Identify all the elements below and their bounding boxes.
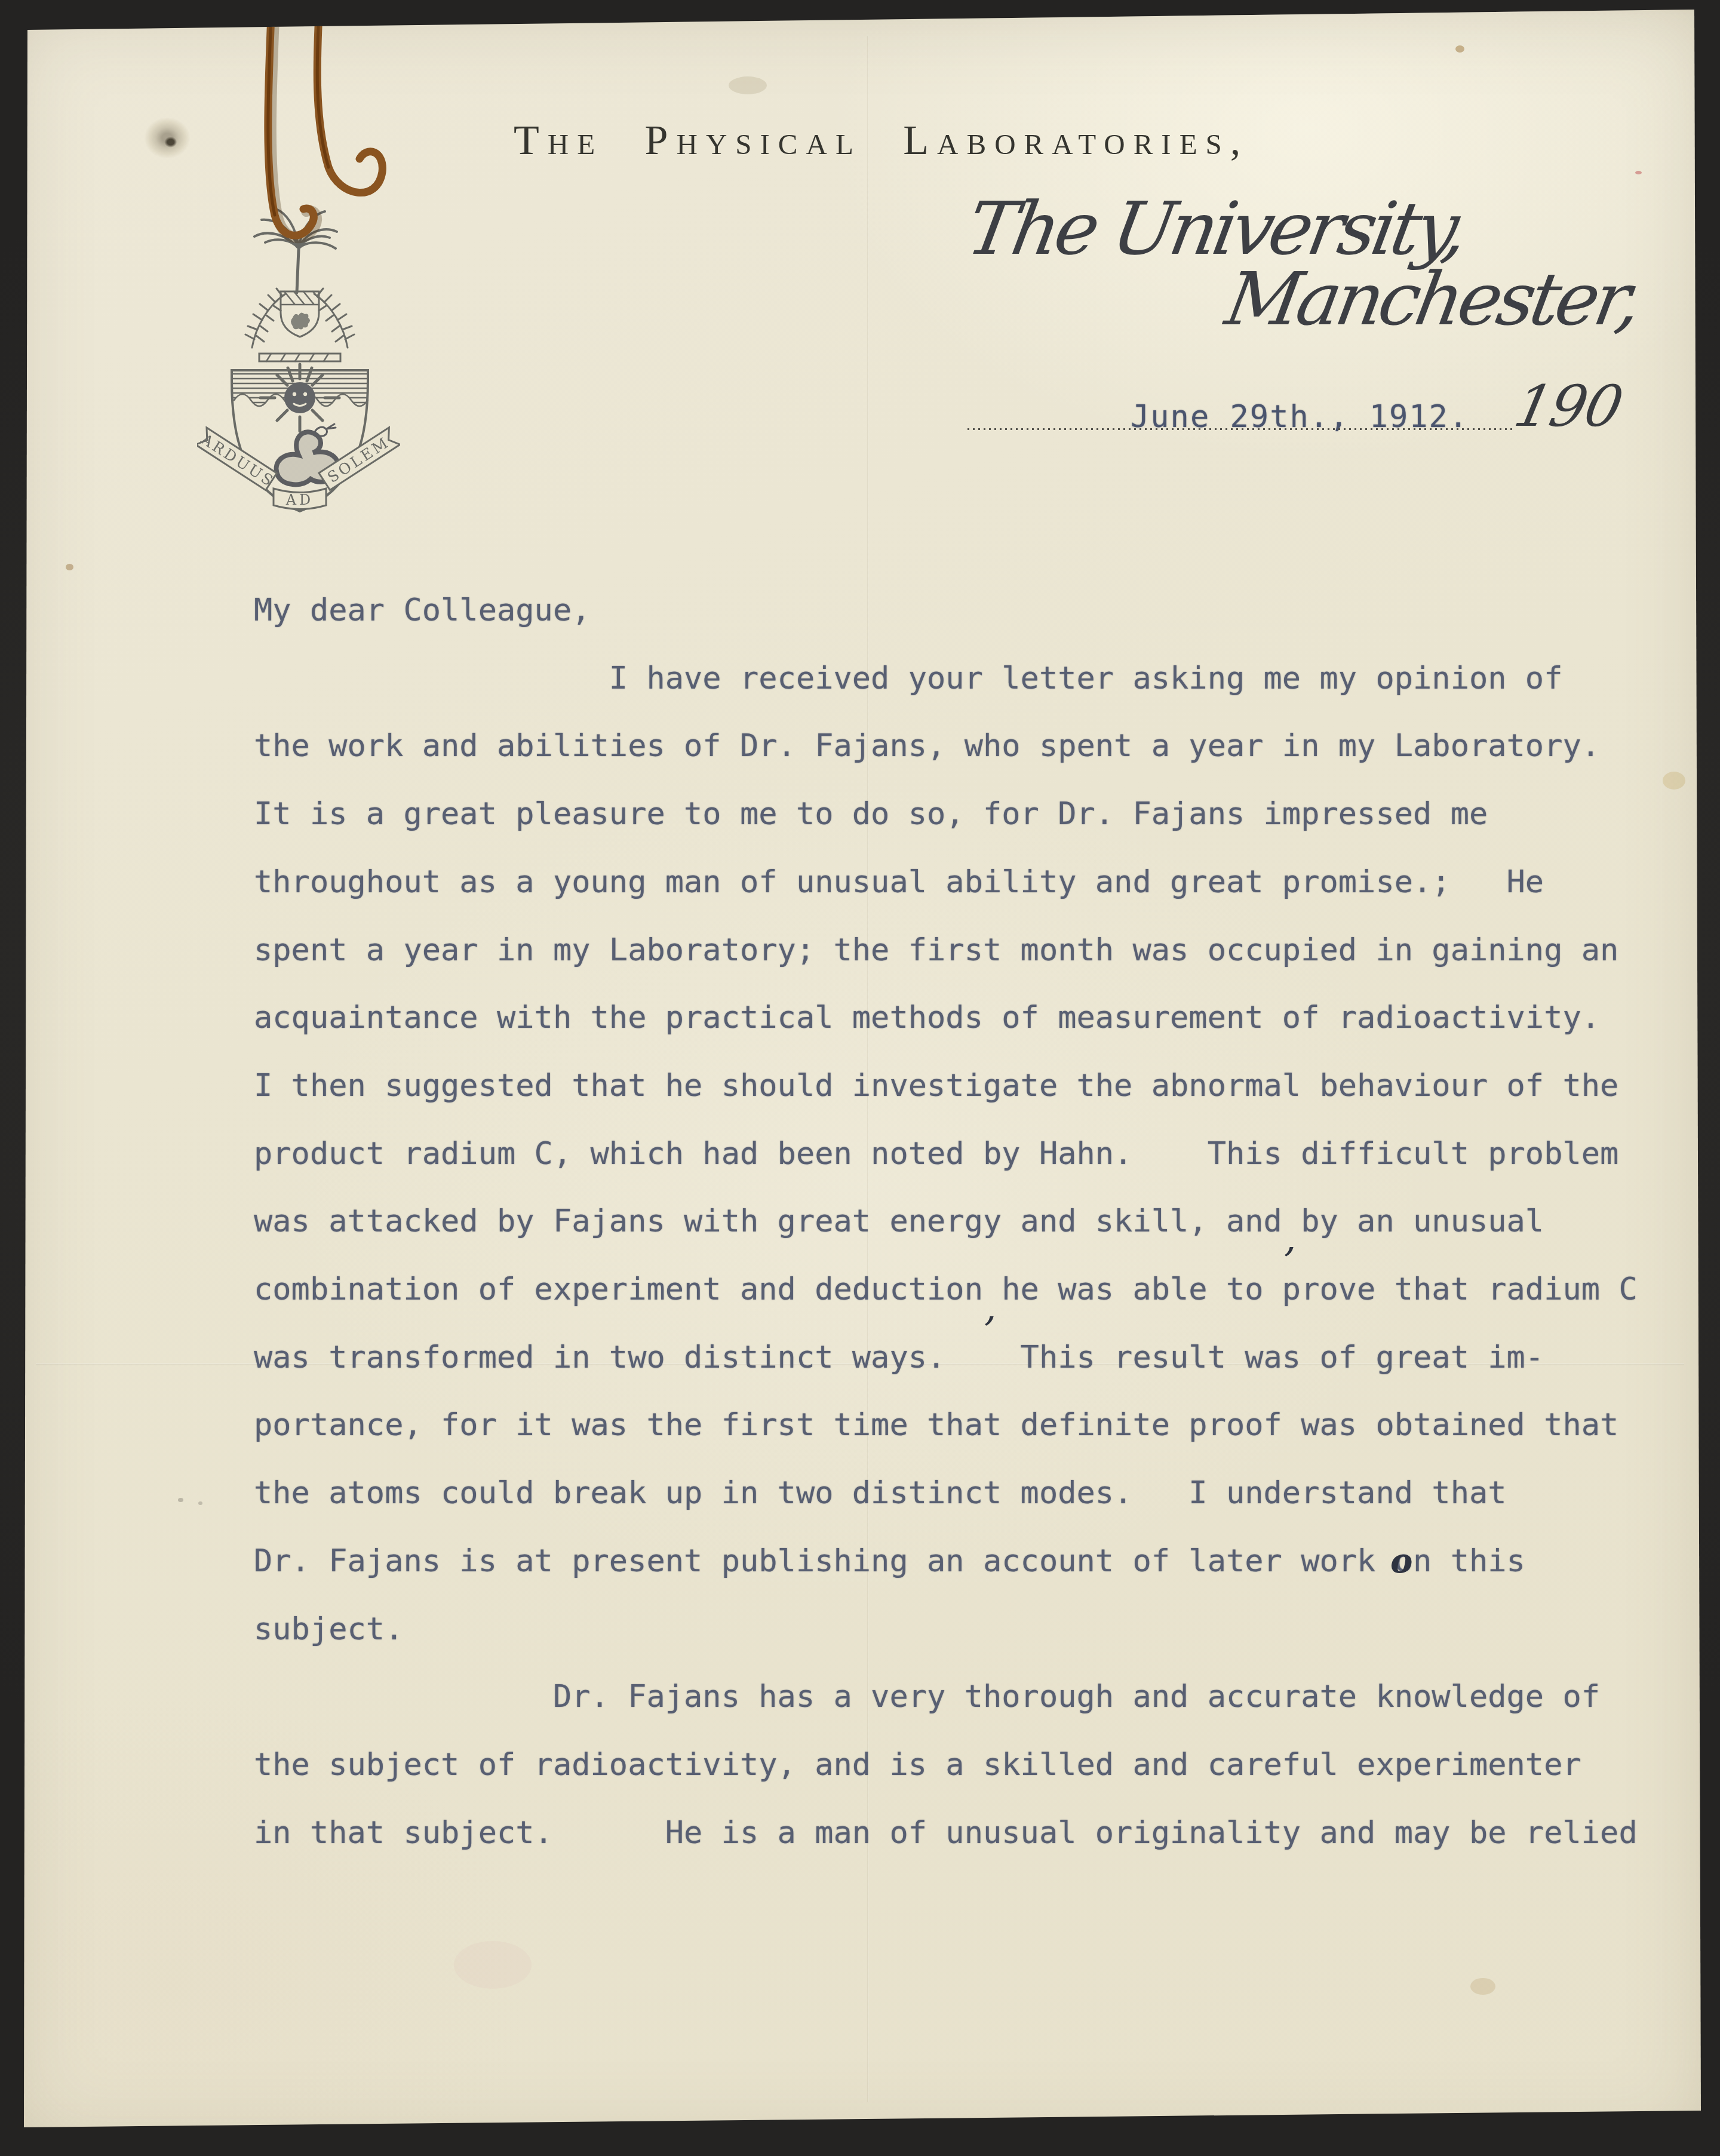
letter-paper: ARDUUS SOLEM AD [0,0,1720,2156]
body-line: throughout as a young man of unusual abi… [254,849,1638,917]
photo-backdrop: ARDUUS SOLEM AD [0,0,1720,2156]
paper-stain [1455,45,1464,53]
body-line: subject. [254,1596,1638,1664]
date-dotted-rule [967,428,1512,430]
printed-year-stub: 190 [1510,379,1627,435]
letterhead-institution: The Physical Laboratories, [514,117,1302,165]
paper-stain [198,1501,202,1505]
paper-stain [178,1498,183,1502]
motto-ribbon-bottom: AD [274,489,326,509]
paper-stain [454,1941,532,1989]
body-line: It is a great pleasure to me to do so, f… [254,781,1638,849]
binding-thread [239,0,418,334]
body-line: product radium C, which had been noted b… [254,1120,1638,1188]
body-line: was attacked by Fajans with great energy… [254,1188,1638,1256]
body-line: the atoms could break up in two distinct… [254,1460,1638,1528]
body-line: portance, for it was the first time that… [254,1392,1638,1460]
paper-stain [1635,171,1642,174]
punch-hole-stain [139,112,196,164]
body-line: was transformed in two distinct ways. Th… [254,1324,1638,1392]
body-line: spent a year in my Laboratory; the first… [254,917,1638,985]
letterhead-city: Manchester, [1221,263,1643,336]
body-line: I then suggested that he should investig… [254,1052,1638,1120]
body-line: Dr. Fajans has a very thorough and accur… [254,1663,1638,1731]
motto-bottom-text: AD [285,492,314,508]
body-line: combination of experiment and deduction … [254,1256,1638,1324]
body-line: My dear Colleague, [254,577,1638,645]
body-line: acquaintance with the practical methods … [254,984,1638,1052]
body-line: the work and abilities of Dr. Fajans, wh… [254,712,1638,781]
body-line: Dr. Fajans is at present publishing an a… [254,1528,1638,1596]
ink-correction-letter: o [1390,1544,1412,1578]
paper-stain [1663,772,1685,790]
body-line: I have received your letter asking me my… [254,645,1638,713]
handwritten-comma: , [984,1289,996,1327]
body-line: the subject of radioactivity, and is a s… [254,1731,1638,1799]
body-line: in that subject. He is a man of unusual … [254,1799,1638,1868]
paper-stain [729,76,767,94]
letterhead-university: The University, [962,192,1469,265]
paper-stain [1470,1978,1495,1995]
handwritten-comma: , [1284,1220,1296,1258]
paper-stain [66,564,73,570]
letter-body: My dear Colleague, I have received your … [254,577,1638,1867]
